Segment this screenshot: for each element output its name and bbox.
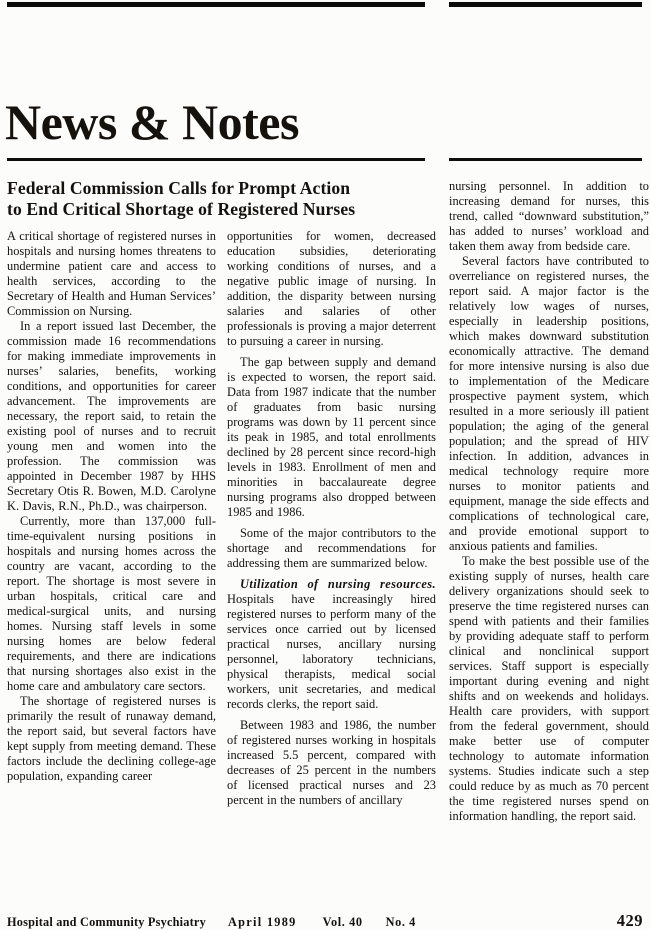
footer-journal-title: Hospital and Community Psychiatry [7, 915, 206, 930]
top-rule-right [449, 2, 642, 7]
footer-page-number: 429 [617, 911, 643, 930]
paragraph: The gap between supply and demand is exp… [227, 355, 436, 520]
paragraph-text: Hospitals have increasingly hired regist… [227, 592, 436, 711]
page-footer: Hospital and Community Psychiatry April … [7, 911, 643, 930]
article-title-line-2: to End Critical Shortage of Registered N… [7, 199, 442, 220]
body-column-2: opportunities for women, decreased educa… [227, 229, 436, 808]
top-rule-left [7, 2, 425, 7]
section-masthead-title: News & Notes [5, 97, 299, 147]
paragraph: In a report issued last December, the co… [7, 319, 216, 514]
paragraph: To make the best possible use of the exi… [449, 554, 649, 824]
paragraph: opportunities for women, decreased educa… [227, 229, 436, 349]
paragraph: Between 1983 and 1986, the number of reg… [227, 718, 436, 808]
paragraph-lead-in: Utilization of nursing resources. [240, 577, 436, 591]
article-title-line-1: Federal Commission Calls for Prompt Acti… [7, 178, 442, 199]
paragraph: Utilization of nursing resources. Hospit… [227, 577, 436, 712]
paragraph: Several factors have contributed to over… [449, 254, 649, 554]
footer-issue-date: April 1989 [228, 915, 297, 930]
body-column-3: nursing personnel. In addition to increa… [449, 179, 649, 824]
paragraph: nursing personnel. In addition to increa… [449, 179, 649, 254]
paragraph: Some of the major contributors to the sh… [227, 526, 436, 571]
paragraph: Currently, more than 137,000 full-time-e… [7, 514, 216, 694]
body-column-1: A critical shortage of registered nurses… [7, 229, 216, 784]
paragraph: The shortage of registered nurses is pri… [7, 694, 216, 784]
paragraph: A critical shortage of registered nurses… [7, 229, 216, 319]
article-title: Federal Commission Calls for Prompt Acti… [7, 178, 442, 220]
masthead-rule-left [7, 158, 425, 161]
footer-issue-number: No. 4 [386, 915, 416, 930]
journal-page: News & Notes Federal Commission Calls fo… [0, 0, 650, 930]
masthead-rule-right [449, 158, 642, 161]
footer-volume: Vol. 40 [323, 915, 363, 930]
